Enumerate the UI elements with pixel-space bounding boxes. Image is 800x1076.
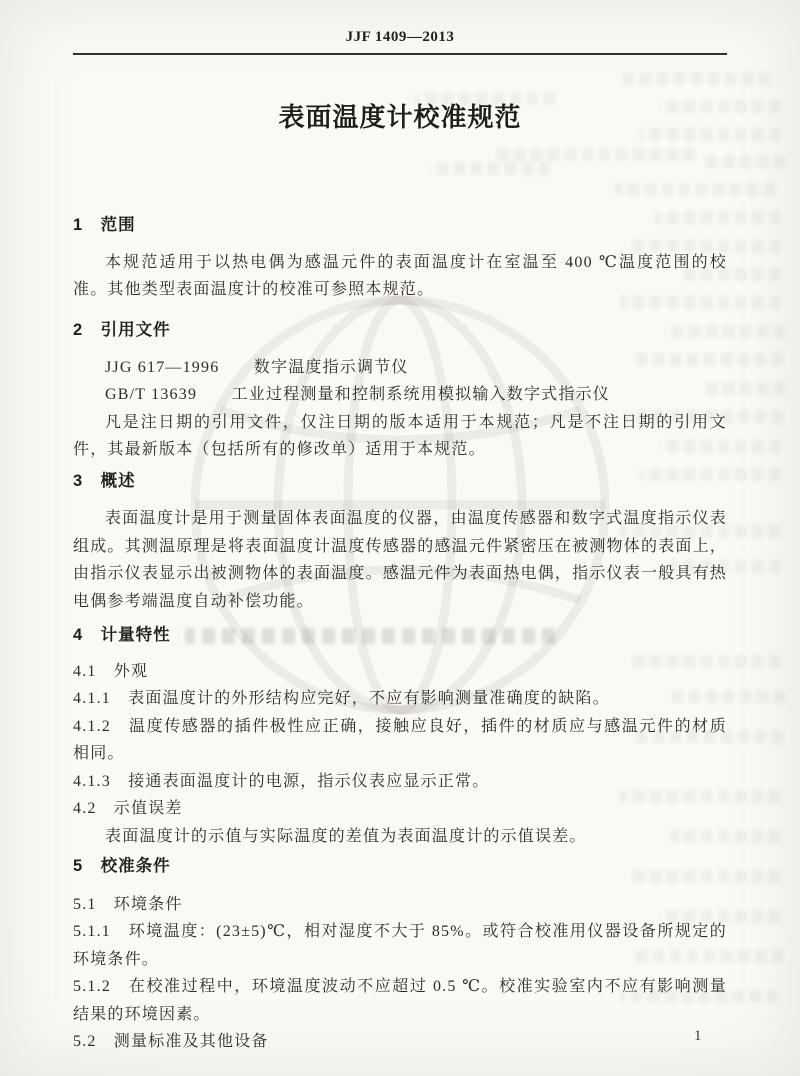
clause-5-1-1: 5.1.1 环境温度：(23±5)℃，相对湿度不大于 85%。或符合校准用仪器设… — [73, 918, 727, 973]
section-2-heading: 2 引用文件 — [73, 319, 727, 341]
page-number: 1 — [694, 1028, 702, 1045]
document-title: 表面温度计校准规范 — [73, 99, 727, 135]
scanned-document-page: JJF 1409—2013 表面温度计校准规范 1 范围 本规范适用于以热电偶为… — [0, 0, 800, 1076]
header-rule — [73, 53, 727, 55]
clause-4-2-paragraph: 表面温度计的示值与实际温度的差值为表面温度计的示值误差。 — [73, 823, 727, 850]
section-4-heading: 4 计量特性 — [73, 624, 727, 646]
clause-4-1-3: 4.1.3 接通表面温度计的电源，指示仪表应显示正常。 — [73, 768, 727, 795]
reference-item-jjg: JJG 617—1996 数字温度指示调节仪 — [73, 354, 727, 381]
subsection-4-2-heading: 4.2 示值误差 — [73, 795, 727, 822]
section-3-paragraph: 表面温度计是用于测量固体表面温度的仪器，由温度传感器和数字式温度指示仪表组成。其… — [73, 505, 727, 615]
subsection-5-1-heading: 5.1 环境条件 — [73, 891, 727, 918]
reference-item-gbt: GB/T 13639 工业过程测量和控制系统用模拟输入数字式指示仪 — [73, 381, 727, 408]
clause-4-1-1: 4.1.1 表面温度计的外形结构应完好，不应有影响测量准确度的缺陷。 — [73, 685, 727, 712]
section-1-paragraph: 本规范适用于以热电偶为感温元件的表面温度计在室温至 400 ℃温度范围的校准。其… — [73, 249, 727, 304]
section-5-heading: 5 校准条件 — [73, 855, 727, 877]
section-2-paragraph: 凡是注日期的引用文件，仅注日期的版本适用于本规范；凡是不注日期的引用文件，其最新… — [73, 409, 727, 464]
section-3-heading: 3 概述 — [73, 470, 727, 492]
section-1-heading: 1 范围 — [73, 214, 727, 236]
subsection-5-2-heading: 5.2 测量标准及其他设备 — [73, 1028, 727, 1055]
clause-5-1-2: 5.1.2 在校准过程中，环境温度波动不应超过 0.5 ℃。校准实验室内不应有影… — [73, 973, 727, 1028]
clause-4-1-2: 4.1.2 温度传感器的插件极性应正确，接触应良好，插件的材质应与感温元件的材质… — [73, 713, 727, 768]
document-code: JJF 1409—2013 — [73, 28, 727, 46]
document-body: JJF 1409—2013 表面温度计校准规范 1 范围 本规范适用于以热电偶为… — [73, 0, 727, 1055]
subsection-4-1-heading: 4.1 外观 — [73, 658, 727, 685]
